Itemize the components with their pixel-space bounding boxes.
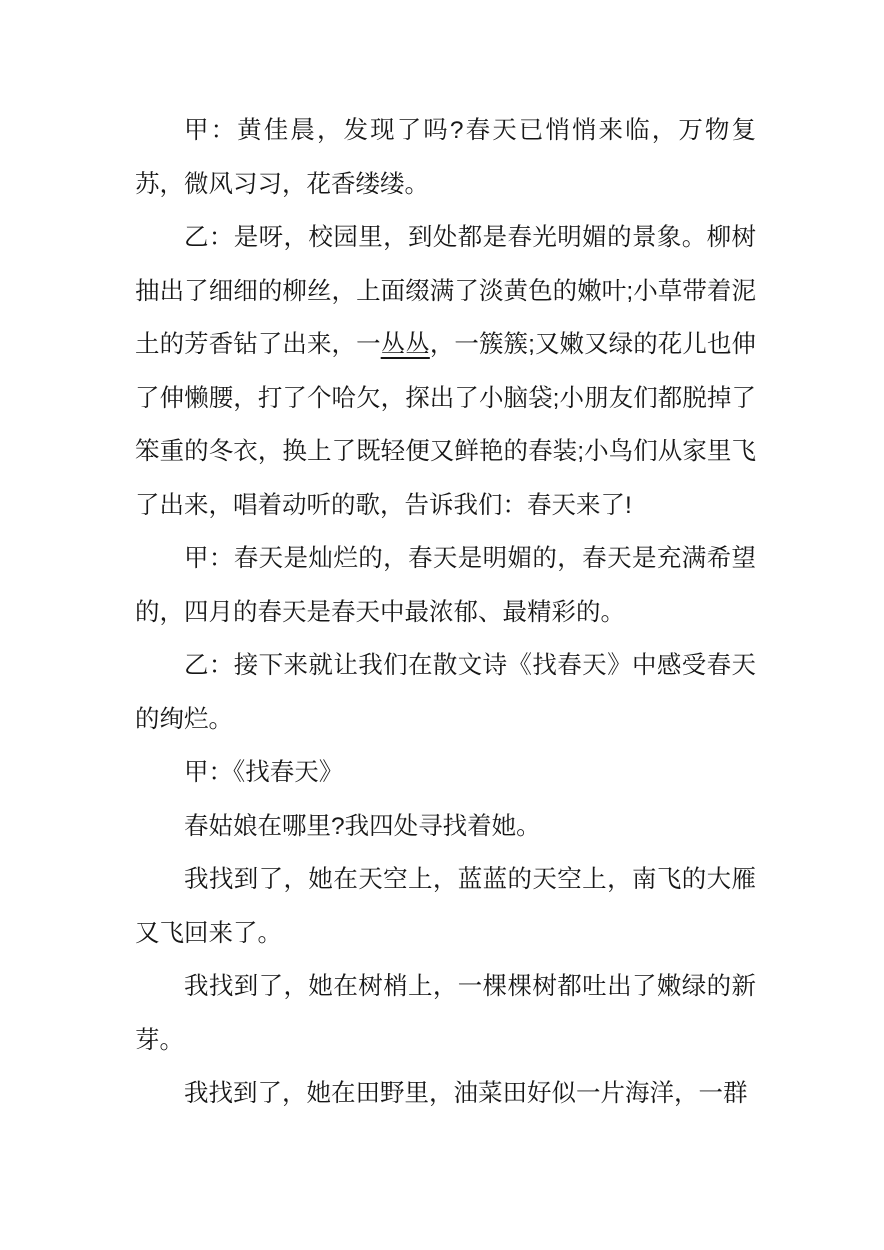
paragraph-poem-title: 甲：《找春天》 [135,746,756,800]
underlined-text: 丛丛 [381,331,430,358]
paragraph-speaker-yi-1: 乙：是呀，校园里，到处都是春光明媚的景象。柳树抽出了细细的柳丝，上面缀满了淡黄色… [135,211,756,532]
paragraph-text-after-underline: ，一簇簇;又嫩又绿的花儿也伸了伸懒腰，打了个哈欠，探出了小脑袋;小朋友们都脱掉了… [135,331,756,519]
paragraph-poem-line-2: 我找到了，她在天空上，蓝蓝的天空上，南飞的大雁又飞回来了。 [135,853,756,960]
document-page: 甲：黄佳晨，发现了吗?春天已悄悄来临，万物复苏，微风习习，花香缕缕。 乙：是呀，… [0,0,884,1250]
paragraph-speaker-yi-2: 乙：接下来就让我们在散文诗《找春天》中感受春天的绚烂。 [135,639,756,746]
paragraph-poem-line-3: 我找到了，她在树梢上，一棵棵树都吐出了嫩绿的新芽。 [135,960,756,1067]
paragraph-speaker-jia-1: 甲：黄佳晨，发现了吗?春天已悄悄来临，万物复苏，微风习习，花香缕缕。 [135,104,756,211]
paragraph-poem-line-4: 我找到了，她在田野里，油菜田好似一片海洋，一群 [135,1067,756,1121]
paragraph-poem-line-1: 春姑娘在哪里?我四处寻找着她。 [135,800,756,854]
paragraph-speaker-jia-2: 甲：春天是灿烂的，春天是明媚的，春天是充满希望的，四月的春天是春天中最浓郁、最精… [135,532,756,639]
